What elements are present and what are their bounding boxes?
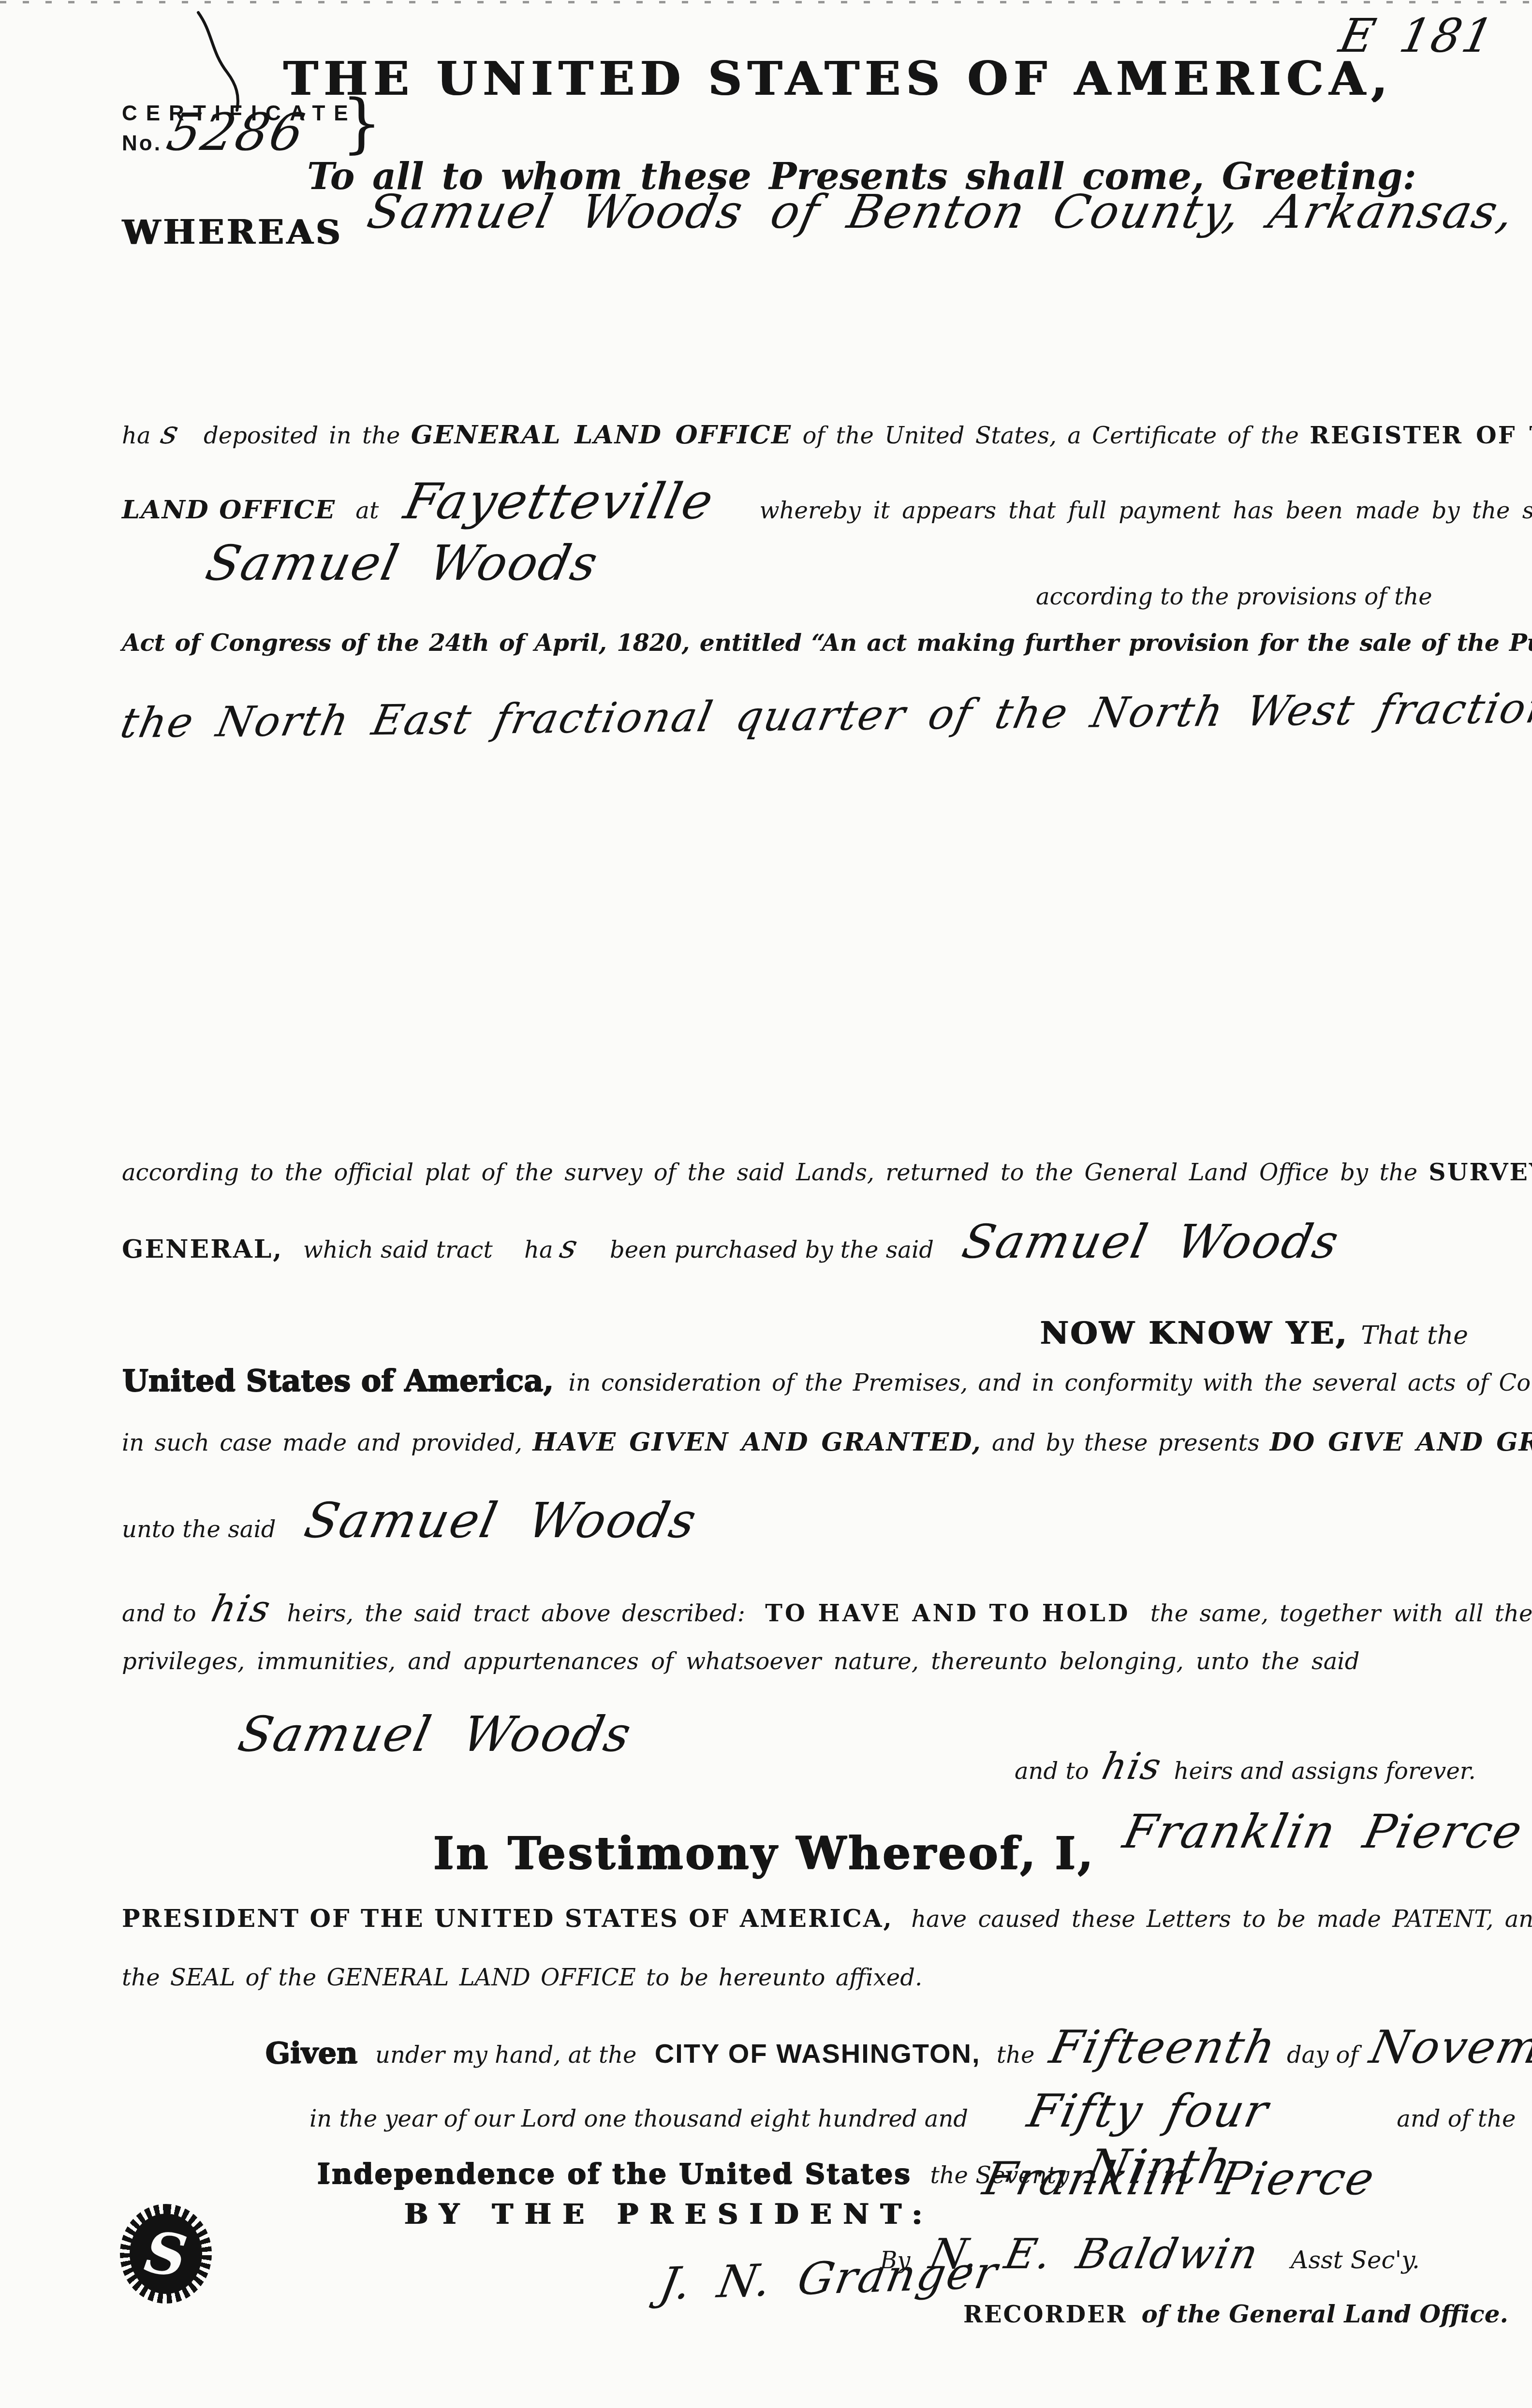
text-run: day of [1287,2041,1358,2069]
text-run: That the [1361,1321,1468,1350]
habendum-closing: and to his heirs and assigns forever. [1015,1745,1476,1788]
certificate-number-label: No. [122,132,162,156]
text-run: whereby it appears that full payment has… [760,497,1532,524]
plat-line-1: according to the official plat of the su… [122,1158,1532,1186]
general-caps: GENERAL, [122,1234,283,1264]
president-of-usa-caps: PRESIDENT OF THE UNITED STATES OF AMERIC… [122,1904,893,1933]
general-land-office-caps: GENERAL LAND OFFICE [411,420,792,450]
now-know-ye-line: NOW KNOW YE, That the [1040,1315,1468,1351]
text-run: of the United States, a Certificate of t… [802,422,1298,449]
grant-line-3: unto the said Samuel Woods [122,1492,696,1549]
certificate-brace: } [341,86,382,161]
president-signature: Franklin Pierce [978,2153,1380,2205]
text-run: and of the [1397,2105,1516,2132]
recorder-title-line: RECORDER of the General Land Office. [963,2300,1508,2328]
habendum-line-1: and to his heirs, the said tract above d… [122,1587,1532,1630]
by-the-president-label: BY THE PRESIDENT: [404,2198,933,2231]
text-run: which said tract [303,1236,493,1263]
land-patent-document: E 181 THE UNITED STATES OF AMERICA, CERT… [0,0,1532,2408]
surveyor-caps: SURVEYOR [1429,1158,1532,1186]
to-have-and-hold-caps: TO HAVE AND TO HOLD [765,1600,1130,1627]
seal-clause-line: the SEAL of the GENERAL LAND OFFICE to b… [122,1964,922,1991]
recorder-signature: J. N. Granger [656,2246,1002,2310]
grantee-name-handwritten: Samuel Woods [299,1492,702,1549]
recorder-caps: RECORDER [963,2301,1127,2328]
president-name-handwritten: Franklin Pierce [1119,1805,1528,1859]
have-given-caps: HAVE GIVEN AND GRANTED, [532,1427,981,1457]
habendum-line-2: privileges, immunities, and appurtenance… [122,1648,1359,1675]
land-description-line: the North East fractional quarter of the… [116,684,1532,751]
land-office-location-handwritten: Fayetteville [399,473,720,530]
grantee-name-line: Samuel Woods of Benton County, Arkansas, [363,185,1520,239]
seal-monogram: S [114,2198,219,2309]
text-run: unto the said [122,1516,276,1543]
text-run: according to the official plat of the su… [122,1159,1417,1186]
land-office-caps: LAND OFFICE [122,495,336,525]
his-handwritten: his [208,1587,276,1630]
register-caps: REGISTER OF THE [1310,421,1532,449]
year-handwritten: Fifty four [1023,2085,1274,2138]
text-run: at [355,497,379,524]
recorder-title: of the General Land Office. [1141,2300,1508,2328]
general-land-office-seal-icon: S [120,2204,212,2304]
given-line-1: Given under my hand, at the CITY OF WASH… [265,2021,1532,2074]
his-handwritten: his [1099,1745,1166,1788]
text-run: and to [122,1600,196,1627]
text-run: been purchased by the said [610,1236,934,1263]
city-of-washington-caps: CITY OF WASHINGTON, [655,2038,981,2069]
text-run: deposited in the [204,422,400,449]
deposit-line-1: ha s deposited in the GENERAL LAND OFFIC… [122,414,1532,451]
now-know-ye-caps: NOW KNOW YE, [1040,1315,1348,1351]
handwritten-s: s [557,1228,582,1265]
text-run: the same, together with all the rights, [1150,1600,1532,1627]
grant-line-2: in such case made and provided, HAVE GIV… [122,1427,1532,1457]
text-run: in the year of our Lord one thousand eig… [309,2105,968,2132]
text-run: have caused these Letters to be made PAT… [911,1906,1532,1933]
secretary-title: Asst Sec'y. [1291,2246,1420,2274]
in-testimony-blackletter: In Testimony Whereof, I, [433,1827,1095,1879]
deposit-line-2: LAND OFFICE at Fayetteville whereby it a… [122,473,1532,530]
united-states-blackletter: United States of America, [122,1363,553,1398]
grantee-name-handwritten: Samuel Woods [234,1706,637,1762]
plat-line-2: GENERAL, which said tract ha s been purc… [122,1215,1339,1269]
grant-line-1: United States of America, in considerati… [122,1363,1532,1398]
text-run: and by these presents [992,1429,1259,1456]
act-of-congress-line: Act of Congress of the 24th of April, 18… [122,629,1532,657]
text-run: ha [122,422,151,449]
certificate-number: 5286 [162,103,311,162]
text-run: heirs, the said tract above described: [287,1600,746,1627]
text-run: under my hand, at the [375,2041,637,2069]
whereas-label: WHEREAS [122,212,343,252]
scan-artifact-dots [0,1,1532,3]
provisions-line: according to the provisions of the [1036,583,1432,610]
do-give-caps: DO GIVE AND GRANT, [1270,1427,1532,1457]
given-line-2: in the year of our Lord one thousand eig… [309,2085,1516,2138]
day-handwritten: Fifteenth [1045,2021,1281,2074]
text-run: ha [524,1236,553,1263]
text-run: and to [1015,1758,1089,1785]
text-run: in consideration of the Premises, and in… [568,1369,1532,1396]
testimony-line-2: PRESIDENT OF THE UNITED STATES OF AMERIC… [122,1904,1532,1933]
payer-name-handwritten: Samuel Woods [201,535,604,591]
month-handwritten: November [1365,2021,1532,2074]
document-title: THE UNITED STATES OF AMERICA, [283,51,1393,106]
handwritten-s: s [158,414,183,451]
purchaser-name-handwritten: Samuel Woods [957,1215,1344,1269]
ink-flourish-icon [190,11,257,112]
independence-blackletter: Independence of the United States [317,2157,911,2190]
text-run: the [997,2041,1035,2069]
text-run: heirs and assigns forever. [1174,1758,1476,1785]
given-blackletter: Given [265,2036,357,2070]
text-run: in such case made and provided, [122,1429,522,1456]
